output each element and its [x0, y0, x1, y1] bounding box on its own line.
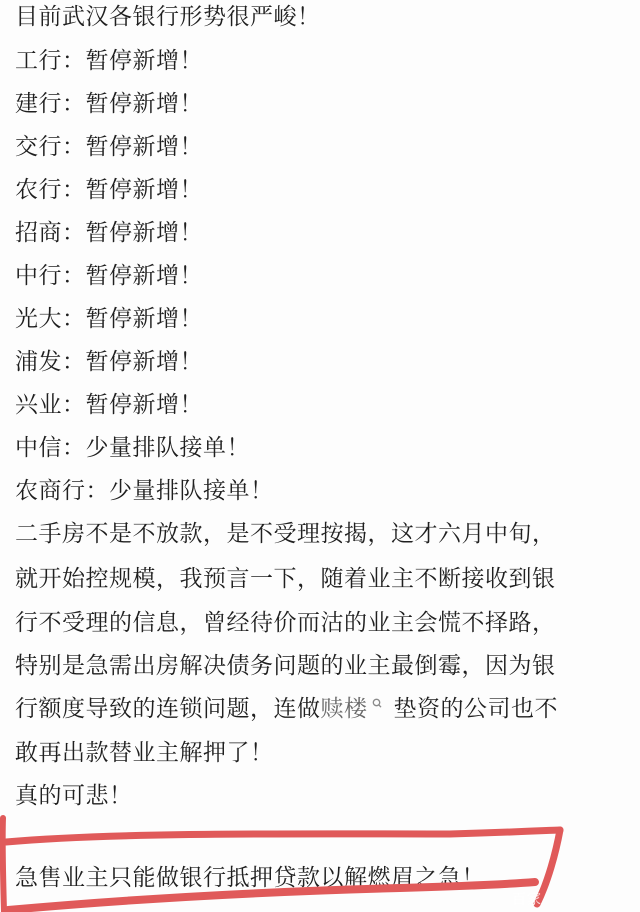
paragraph-line: 敢再出款替业主解押了！ — [15, 742, 274, 765]
separator: ： — [62, 91, 86, 117]
bank-status: 暂停新增！ — [86, 91, 204, 117]
bank-status: 少量排队接单！ — [109, 478, 274, 504]
bank-status: 少量排队接单！ — [86, 435, 251, 461]
bank-line: 建行：暂停新增！ — [15, 93, 203, 116]
bank-name: 招商 — [15, 220, 62, 246]
highlighted-line: 急售业主只能做银行抵押贷款以解燃眉之急！ — [15, 867, 485, 890]
paragraph-text: 垫资的公司也不 — [394, 696, 559, 722]
bank-status: 暂停新增！ — [86, 177, 204, 203]
bank-name: 光大 — [15, 306, 62, 332]
bank-name: 农商行 — [15, 478, 86, 504]
bank-status: 暂停新增！ — [86, 263, 204, 289]
bank-name: 交行 — [15, 134, 62, 160]
separator: ： — [62, 392, 86, 418]
bank-status: 暂停新增！ — [86, 134, 204, 160]
bank-line: 农行：暂停新增！ — [15, 179, 203, 202]
bank-name: 农行 — [15, 177, 62, 203]
separator: ： — [62, 220, 86, 246]
paragraph-line: 特别是急需出房解决债务问题的业主最倒霉，因为银 — [15, 655, 556, 678]
bank-line: 中行：暂停新增！ — [15, 265, 203, 288]
bank-name: 兴业 — [15, 392, 62, 418]
bank-status: 暂停新增！ — [86, 306, 204, 332]
bank-name: 中信 — [15, 435, 62, 461]
bank-line: 浦发：暂停新增！ — [15, 351, 203, 374]
paragraph-line: 行额度导致的连锁问题，连做赎楼垫资的公司也不 — [15, 698, 558, 721]
bank-line: 招商：暂停新增！ — [15, 222, 203, 245]
bank-line: 农商行：少量排队接单！ — [15, 480, 274, 503]
separator: ： — [62, 306, 86, 332]
bank-status: 暂停新增！ — [86, 48, 204, 74]
paragraph-text: 行额度导致的连锁问题，连做 — [15, 696, 321, 722]
paragraph-line: 就开始控规模，我预言一下，随着业主不断接收到银 — [15, 568, 556, 591]
bank-line: 中信：少量排队接单！ — [15, 437, 250, 460]
bank-line: 兴业：暂停新增！ — [15, 394, 203, 417]
bank-name: 中行 — [15, 263, 62, 289]
closing-line: 真的可悲！ — [15, 785, 133, 808]
separator: ： — [62, 134, 86, 160]
bank-line: 工行：暂停新增！ — [15, 50, 203, 73]
bank-line: 交行：暂停新增！ — [15, 136, 203, 159]
bank-name: 浦发 — [15, 349, 62, 375]
bank-line: 光大：暂停新增！ — [15, 308, 203, 331]
bank-status: 暂停新增！ — [86, 349, 204, 375]
search-icon[interactable] — [372, 698, 382, 712]
separator: ： — [62, 435, 86, 461]
separator: ： — [62, 177, 86, 203]
separator: ： — [62, 48, 86, 74]
separator: ： — [62, 349, 86, 375]
keyword-link[interactable]: 赎楼 — [321, 696, 368, 722]
post-title: 目前武汉各银行形势很严峻！ — [15, 6, 321, 29]
separator: ： — [62, 263, 86, 289]
separator: ： — [86, 478, 110, 504]
paragraph-line: 行不受理的信息，曾经待价而沽的业主会慌不择路， — [15, 612, 556, 635]
bank-status: 暂停新增！ — [86, 392, 204, 418]
bank-name: 工行 — [15, 48, 62, 74]
paragraph-line: 二手房不是不放款，是不受理按揭，这才六月中旬， — [15, 523, 556, 546]
watermark: 百家 — [512, 889, 542, 909]
hand-drawn-highlight-frame — [0, 812, 640, 912]
bank-status: 暂停新增！ — [86, 220, 204, 246]
bank-name: 建行 — [15, 91, 62, 117]
